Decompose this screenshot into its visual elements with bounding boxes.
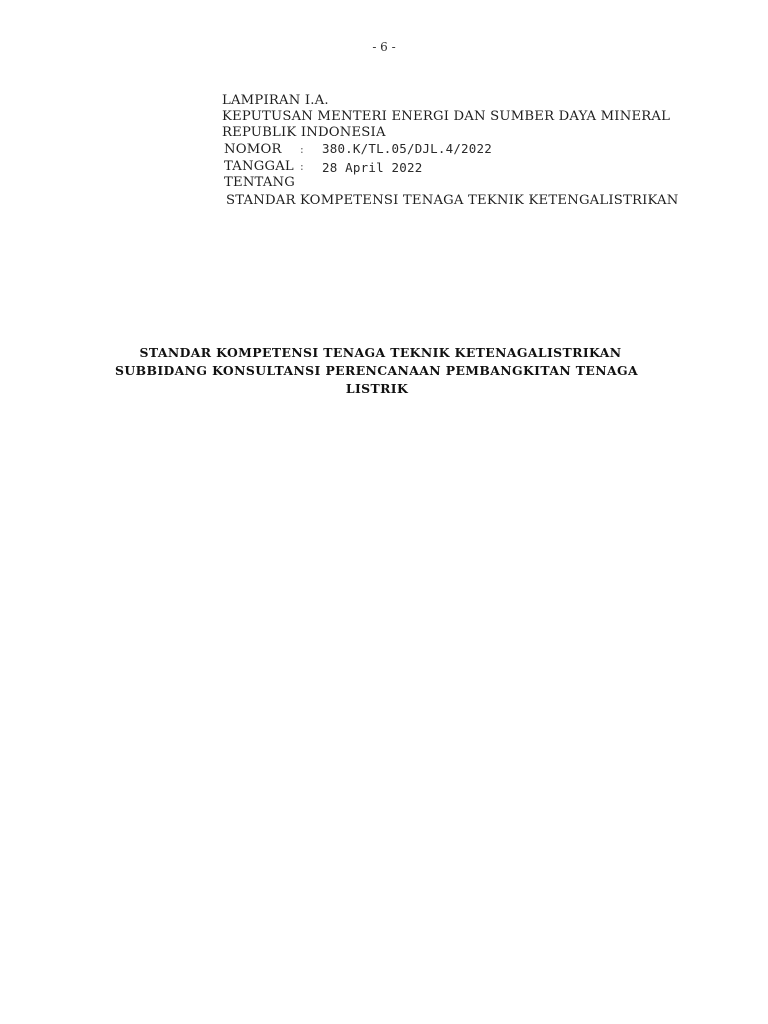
nomor-value: 380.K/TL.05/DJL.4/2022 xyxy=(322,141,492,157)
tanggal-value: 28 April 2022 xyxy=(322,160,422,176)
decree-title: KEPUTUSAN MENTERI ENERGI DAN SUMBER DAYA… xyxy=(222,109,722,125)
document-title: STANDAR KOMPETENSI TENAGA TEKNIK KETENAG… xyxy=(0,344,768,398)
appendix-label: LAMPIRAN I.A. xyxy=(222,93,722,109)
tentang-value: STANDAR KOMPETENSI TENAGA TEKNIK KETENGA… xyxy=(226,193,722,209)
title-line-1: STANDAR KOMPETENSI TENAGA TEKNIK KETENAG… xyxy=(0,344,768,362)
title-line-2: SUBBIDANG KONSULTANSI PERENCANAAN PEMBAN… xyxy=(0,362,768,380)
tanggal-label: TANGGAL xyxy=(224,159,300,175)
tentang-label: TENTANG xyxy=(224,175,300,191)
page-number: - 6 - xyxy=(0,40,768,54)
tanggal-separator: : xyxy=(300,159,322,175)
nomor-row: NOMOR : 380.K/TL.05/DJL.4/2022 xyxy=(224,141,722,158)
appendix-header: LAMPIRAN I.A. KEPUTUSAN MENTERI ENERGI D… xyxy=(222,93,722,209)
title-line-3: LISTRIK xyxy=(0,380,768,398)
nomor-label: NOMOR xyxy=(224,142,300,158)
decree-country: REPUBLIK INDONESIA xyxy=(222,125,722,141)
tentang-row: TENTANG xyxy=(224,175,722,191)
nomor-separator: : xyxy=(300,142,322,158)
tanggal-row: TANGGAL : 28 April 2022 xyxy=(224,158,722,175)
